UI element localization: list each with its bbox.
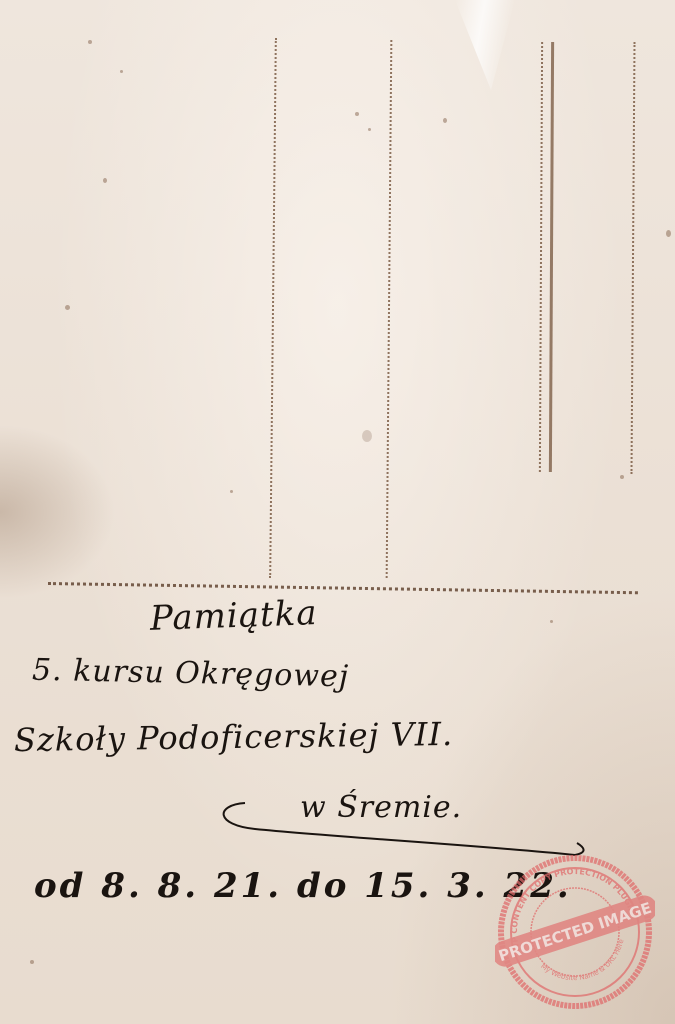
protected-image-watermark: WP CONTENT COPY PROTECTION PLUGIN My Web… <box>495 852 655 1012</box>
watermark-band-text: PROTECTED IMAGE <box>496 899 653 965</box>
handwriting-line-3: Szkoły Podoficerskiej VII. <box>14 715 454 759</box>
handwriting-line-5: od 8. 8. 21. do 15. 3. 22. <box>34 866 572 906</box>
handwriting-line-1: Pamiątka <box>149 593 318 639</box>
handwriting-line-2: 5. kursu Okręgowej <box>32 653 350 695</box>
